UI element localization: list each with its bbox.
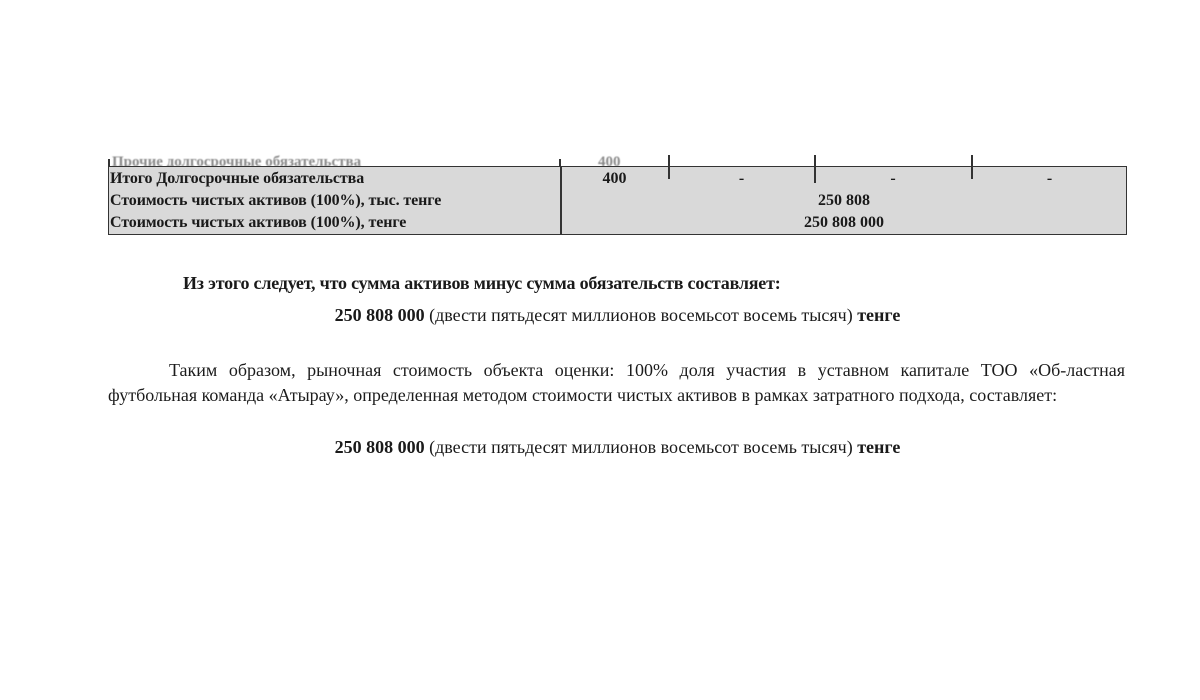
cell-value-4: - <box>972 170 1127 188</box>
table-row-net-assets-tenge: Стоимость чистых активов (100%), тенге 2… <box>109 213 1126 235</box>
summary-amount: 250 808 000 (двести пятьдесят миллионов … <box>0 437 1200 458</box>
row-label: Итого Долгосрочные обязательства <box>110 170 364 188</box>
cell-value-merged: 250 808 <box>561 192 1127 210</box>
cut-row-border <box>108 159 110 166</box>
cell-value-2: - <box>669 170 814 188</box>
cut-row-value: 400 <box>598 154 621 166</box>
net-assets-table: Итого Долгосрочные обязательства 400 - -… <box>108 166 1127 235</box>
amount-in-words: (двести пятьдесят миллионов восемьсот во… <box>425 305 858 325</box>
table-row-cut-off: Прочие долгосрочные обязательства 400 <box>108 150 1128 166</box>
amount-number: 250 808 000 <box>335 305 425 325</box>
cell-value-1: 400 <box>561 170 668 188</box>
document-page: Прочие долгосрочные обязательства 400 Ит… <box>0 0 1200 700</box>
row-label: Стоимость чистых активов (100%), тенге <box>110 214 406 232</box>
amount-number: 250 808 000 <box>335 437 425 457</box>
amount-currency: тенге <box>857 437 900 457</box>
cell-value-merged: 250 808 000 <box>561 214 1127 232</box>
conclusion-intro: Из этого следует, что сумма активов мину… <box>183 273 781 294</box>
amount-currency: тенге <box>857 305 900 325</box>
conclusion-amount: 250 808 000 (двести пятьдесят миллионов … <box>0 305 1200 326</box>
cut-row-label: Прочие долгосрочные обязательства <box>112 154 361 166</box>
table-row-net-assets-thousands: Стоимость чистых активов (100%), тыс. те… <box>109 191 1126 213</box>
cell-value-3: - <box>815 170 971 188</box>
table-row-total-long-term-liabilities: Итого Долгосрочные обязательства 400 - -… <box>109 169 1126 191</box>
amount-in-words: (двести пятьдесят миллионов восемьсот во… <box>425 437 858 457</box>
summary-paragraph: Таким образом, рыночная стоимость объект… <box>108 358 1125 408</box>
row-label: Стоимость чистых активов (100%), тыс. те… <box>110 192 441 210</box>
